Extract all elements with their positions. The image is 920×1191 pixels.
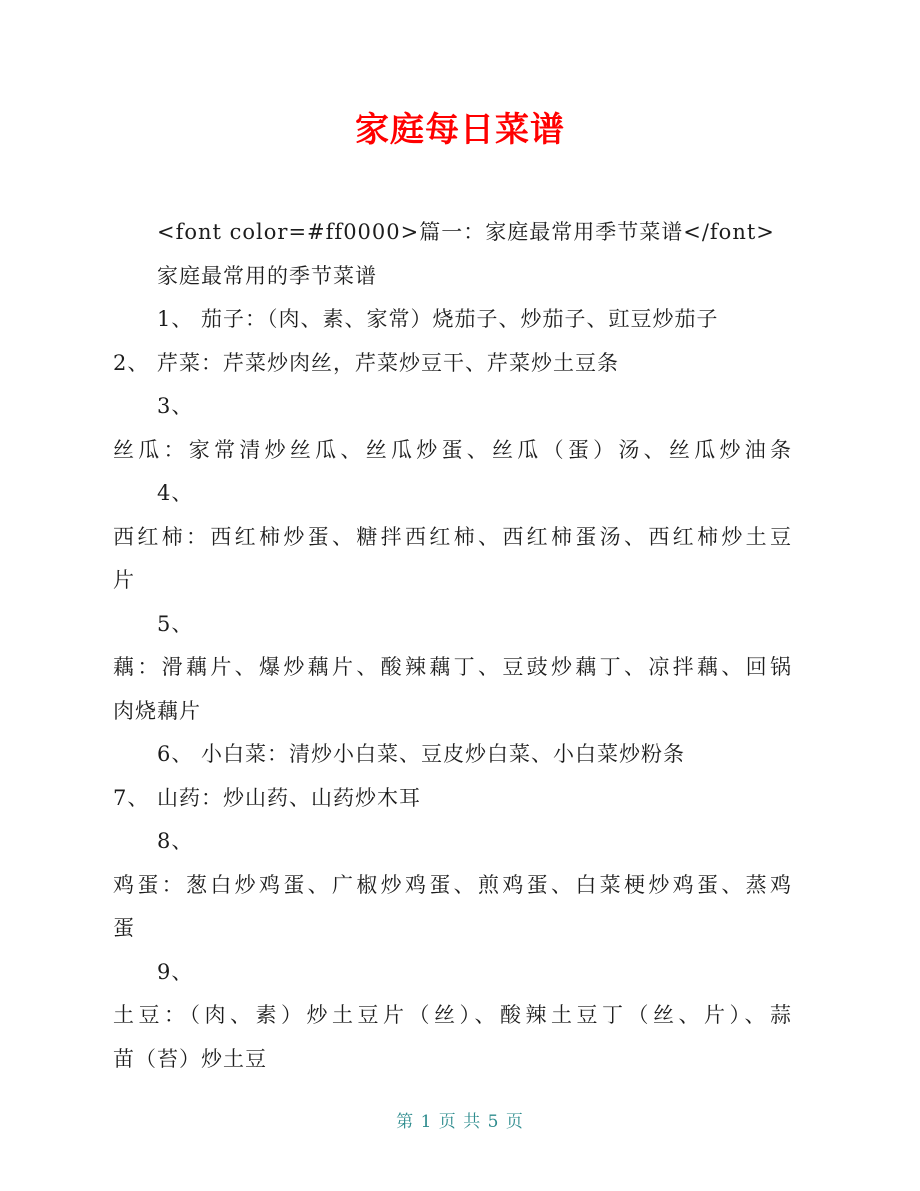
- text-line: 肉烧藕片: [113, 690, 791, 734]
- text-line: 片: [113, 559, 791, 603]
- text-line: 西红柿：西红柿炒蛋、糖拌西红柿、西红柿蛋汤、西红柿炒土豆: [113, 516, 791, 560]
- text-line: 藕：滑藕片、爆炒藕片、酸辣藕丁、豆豉炒藕丁、凉拌藕、回锅: [113, 646, 791, 690]
- text-line: 7、 山药：炒山药、山药炒木耳: [113, 777, 791, 821]
- document-title: 家庭每日菜谱: [0, 108, 920, 152]
- text-line: 鸡蛋：葱白炒鸡蛋、广椒炒鸡蛋、煎鸡蛋、白菜梗炒鸡蛋、蒸鸡: [113, 864, 791, 908]
- page-footer: 第 1 页 共 5 页: [0, 1108, 920, 1136]
- text-line: 2、 芹菜：芹菜炒肉丝，芹菜炒豆干、芹菜炒土豆条: [113, 342, 791, 386]
- text-line: 蛋: [113, 907, 791, 951]
- document-body: <font color=#ff0000>篇一：家庭最常用季节菜谱</font>家…: [113, 211, 791, 1081]
- text-line: 8、: [113, 820, 791, 864]
- page-number-text: 第 1 页 共 5 页: [396, 1112, 524, 1132]
- text-line: 1、 茄子：（肉、素、家常）烧茄子、炒茄子、豇豆炒茄子: [113, 298, 791, 342]
- text-line: 5、: [113, 603, 791, 647]
- document-page: 家庭每日菜谱 <font color=#ff0000>篇一：家庭最常用季节菜谱<…: [0, 0, 920, 1191]
- text-line: <font color=#ff0000>篇一：家庭最常用季节菜谱</font>: [113, 211, 791, 255]
- text-line: 家庭最常用的季节菜谱: [113, 255, 791, 299]
- text-line: 6、 小白菜：清炒小白菜、豆皮炒白菜、小白菜炒粉条: [113, 733, 791, 777]
- text-line: 土豆：（肉、素）炒土豆片（丝）、酸辣土豆丁（丝、片）、蒜: [113, 994, 791, 1038]
- text-line: 苗（苔）炒土豆: [113, 1038, 791, 1082]
- text-line: 9、: [113, 951, 791, 995]
- text-line: 4、: [113, 472, 791, 516]
- text-line: 丝瓜：家常清炒丝瓜、丝瓜炒蛋、丝瓜（蛋）汤、丝瓜炒油条: [113, 429, 791, 473]
- text-line: 3、: [113, 385, 791, 429]
